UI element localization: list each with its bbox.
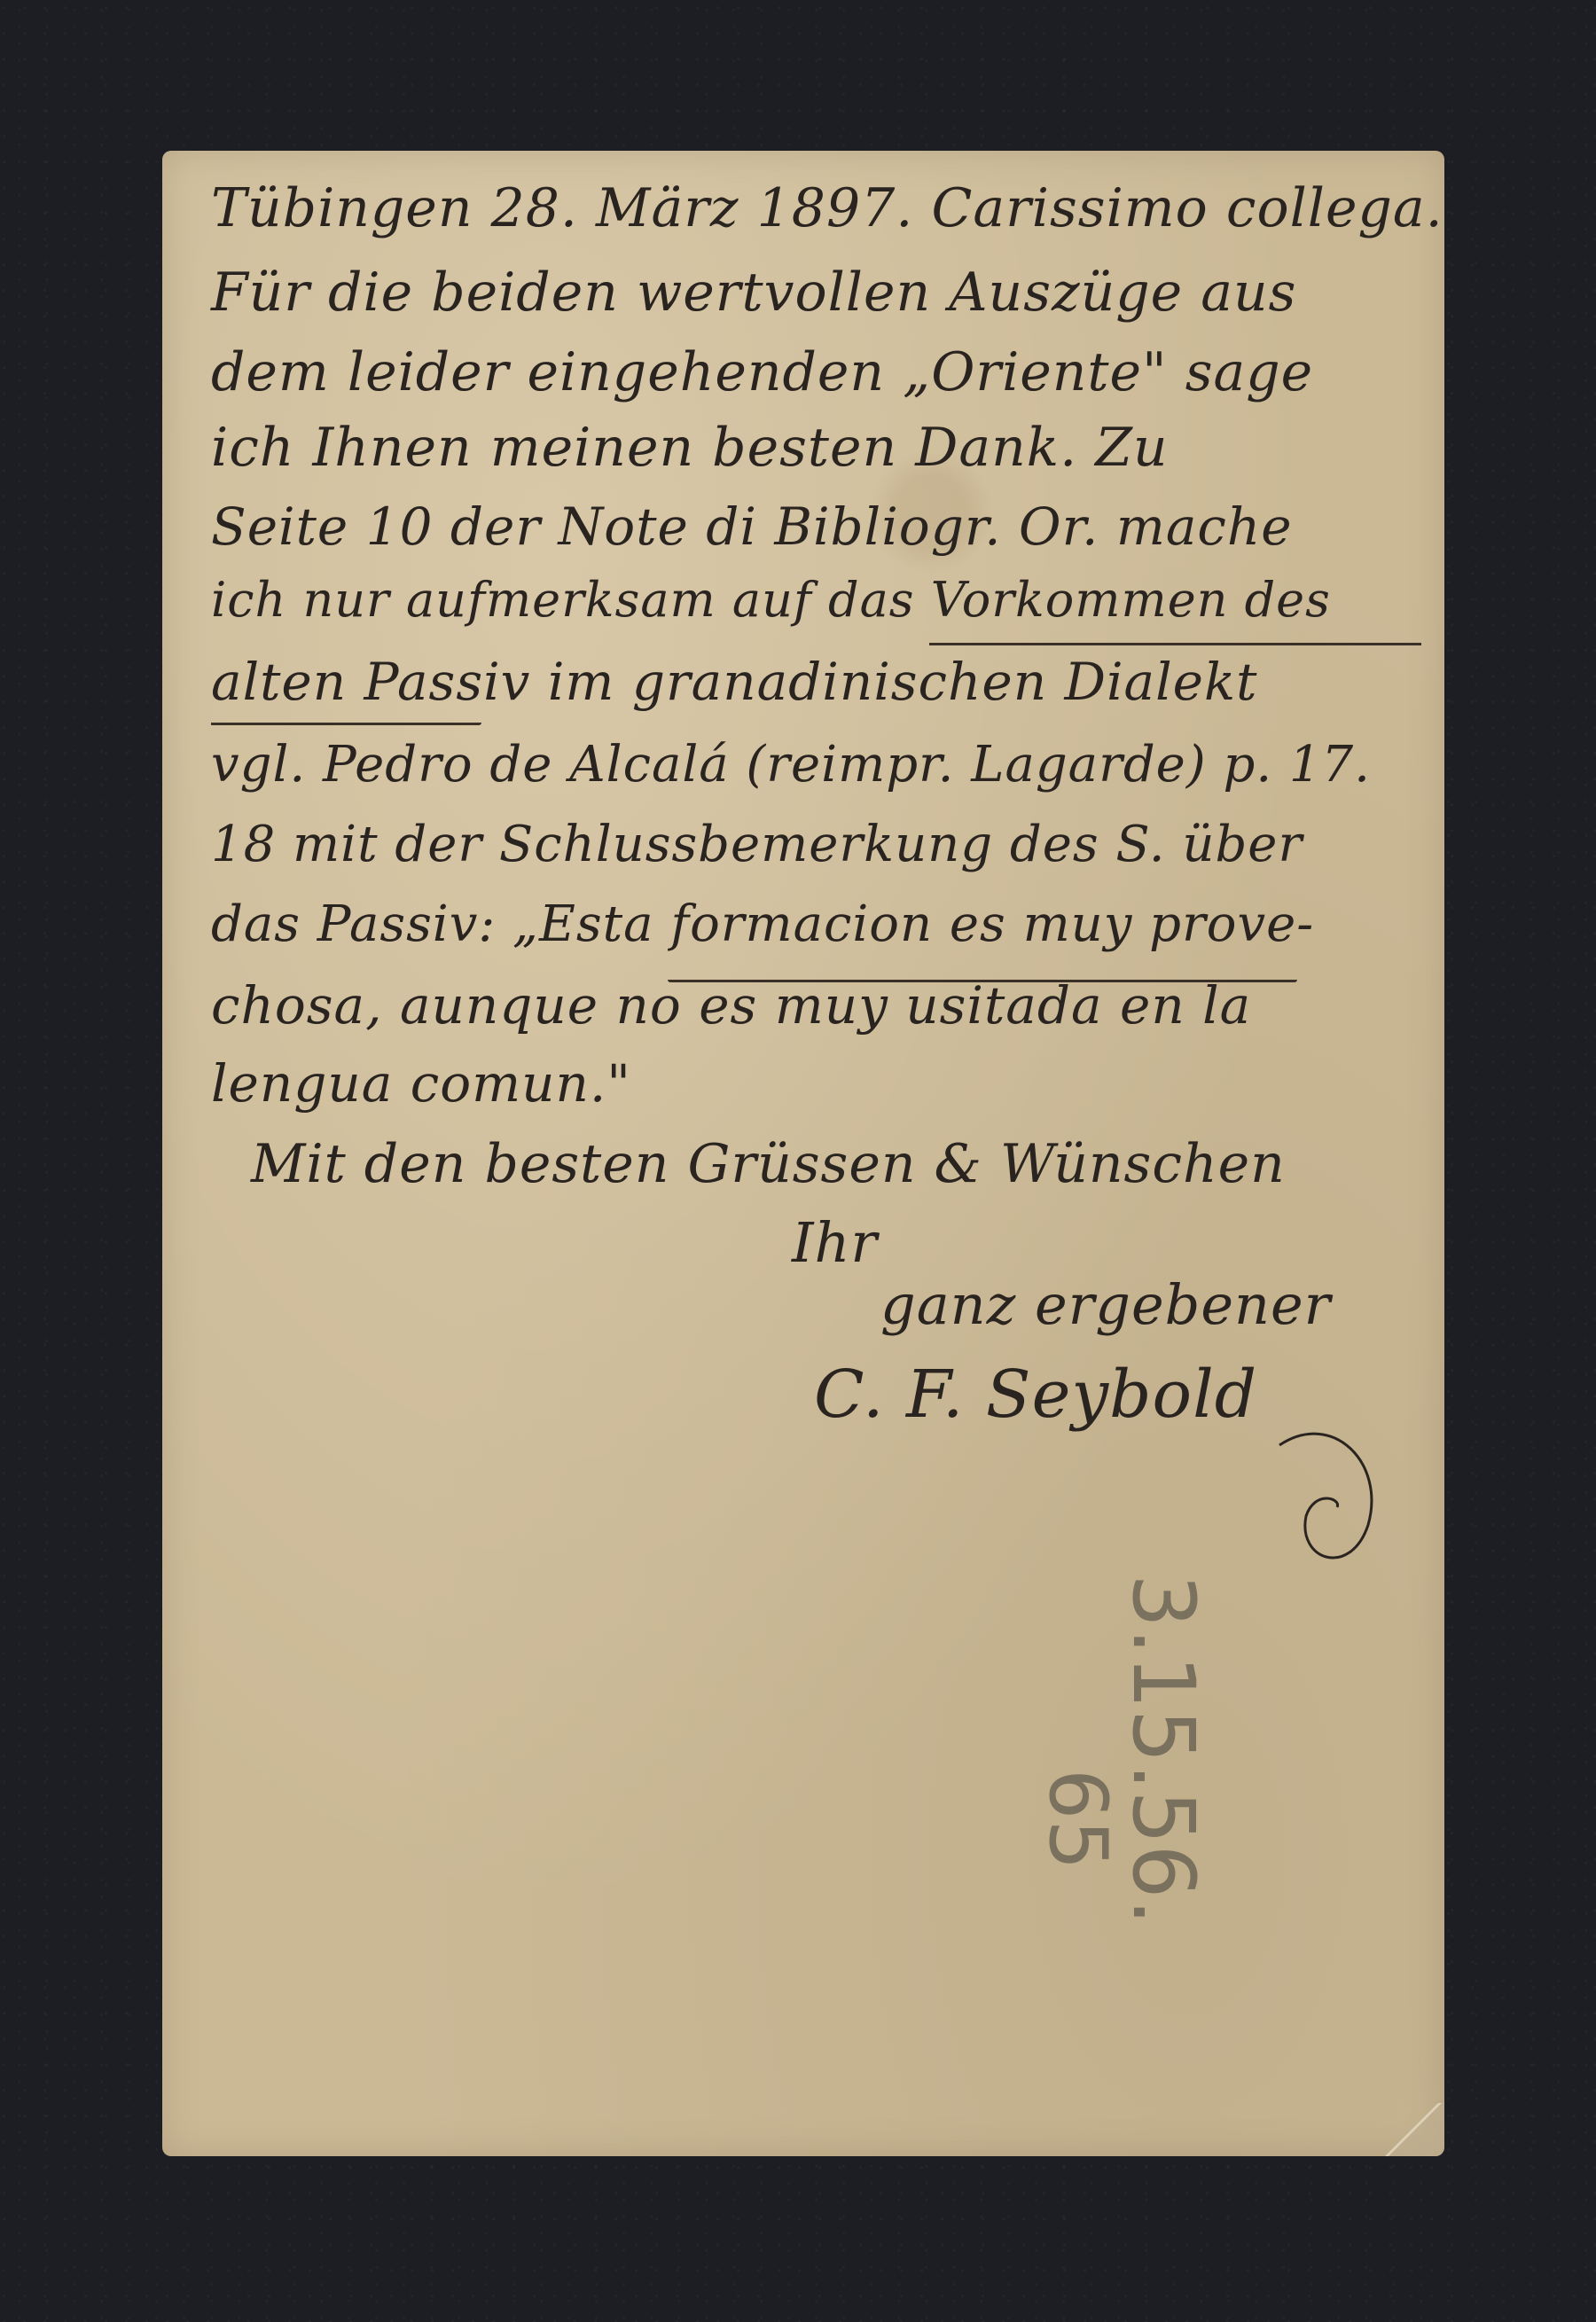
letter-line-11: chosa, aunque no es muy usitada en la [211, 975, 1251, 1036]
letter-line-1: Tübingen 28. März 1897. Carissimo colleg… [211, 177, 1443, 239]
valediction-ihr: Ihr [792, 1210, 878, 1275]
letter-line-9: 18 mit der Schlussbemerkung des S. über [211, 816, 1303, 873]
letter-line-7: alten Passiv im granadinischen Dialekt [211, 652, 1257, 712]
postcard: Tübingen 28. März 1897. Carissimo colleg… [162, 151, 1444, 2156]
letter-line-5: Seite 10 der Note di Bibliogr. Or. mache [211, 496, 1293, 557]
letter-line-6: ich nur aufmerksam auf das Vorkommen des [211, 572, 1331, 628]
valediction-ganz-ergebener: ganz ergebener [880, 1272, 1331, 1337]
signature: C. F. Seybold [814, 1356, 1257, 1433]
letter-line-4: ich Ihnen meinen besten Dank. Zu [211, 417, 1169, 479]
letter-line-2: Für die beiden wertvollen Auszüge aus [211, 262, 1296, 324]
letter-line-12: lengua comun." [211, 1053, 631, 1114]
underline-alten-passiv [211, 723, 481, 725]
letter-line-6-text: ich nur aufmerksam auf das Vorkommen des [211, 572, 1331, 628]
underline-vorkommen [929, 643, 1421, 645]
signature-flourish-icon [1262, 1410, 1439, 1587]
letter-line-3: dem leider eingehenden „Oriente" sage [211, 341, 1313, 403]
pencil-annotation-2: 65 [1031, 1769, 1124, 1871]
closing-line: Mit den besten Grüssen & Wünschen [251, 1133, 1286, 1195]
pencil-annotation-1: 3.15.56. [1114, 1574, 1213, 1926]
underline-no-es-muy-usitada [668, 980, 1297, 982]
scan-background: Tübingen 28. März 1897. Carissimo colleg… [0, 0, 1596, 2322]
letter-line-8: vgl. Pedro de Alcalá (reimpr. Lagarde) p… [211, 736, 1371, 794]
letter-line-10: das Passiv: „Esta formacion es muy prove… [211, 895, 1314, 953]
